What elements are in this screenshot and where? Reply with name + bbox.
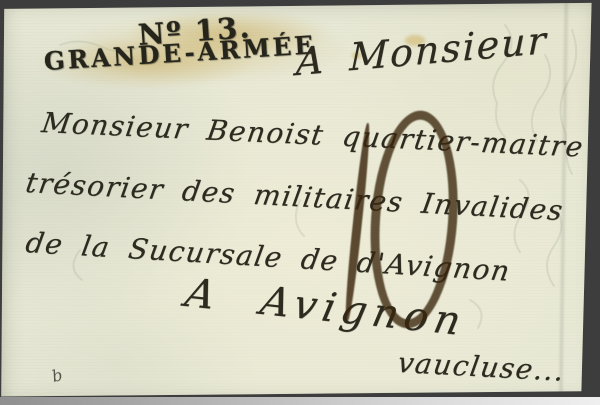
- manuscript-address-line-5: vaucluse...: [395, 346, 567, 388]
- photo-mat-strip: [0, 397, 600, 405]
- photo-background: { "artifact": { "description": "historic…: [0, 0, 600, 405]
- rate-marking-10: 10: [329, 106, 472, 339]
- rate-digit-zero-ring: [364, 108, 465, 331]
- pencil-note: b: [50, 365, 65, 386]
- letter-sheet: Nº 13. GRANDE-ARMÉE A Monsieur Monsieur …: [0, 0, 600, 405]
- rate-value: 10: [337, 106, 338, 107]
- rate-digit-one-stroke: [343, 123, 373, 323]
- manuscript-address-line-2: trésorier des militaires Invalides: [23, 166, 566, 227]
- manuscript-address-line-1: Monsieur Benoist quartier-maitre: [40, 106, 587, 163]
